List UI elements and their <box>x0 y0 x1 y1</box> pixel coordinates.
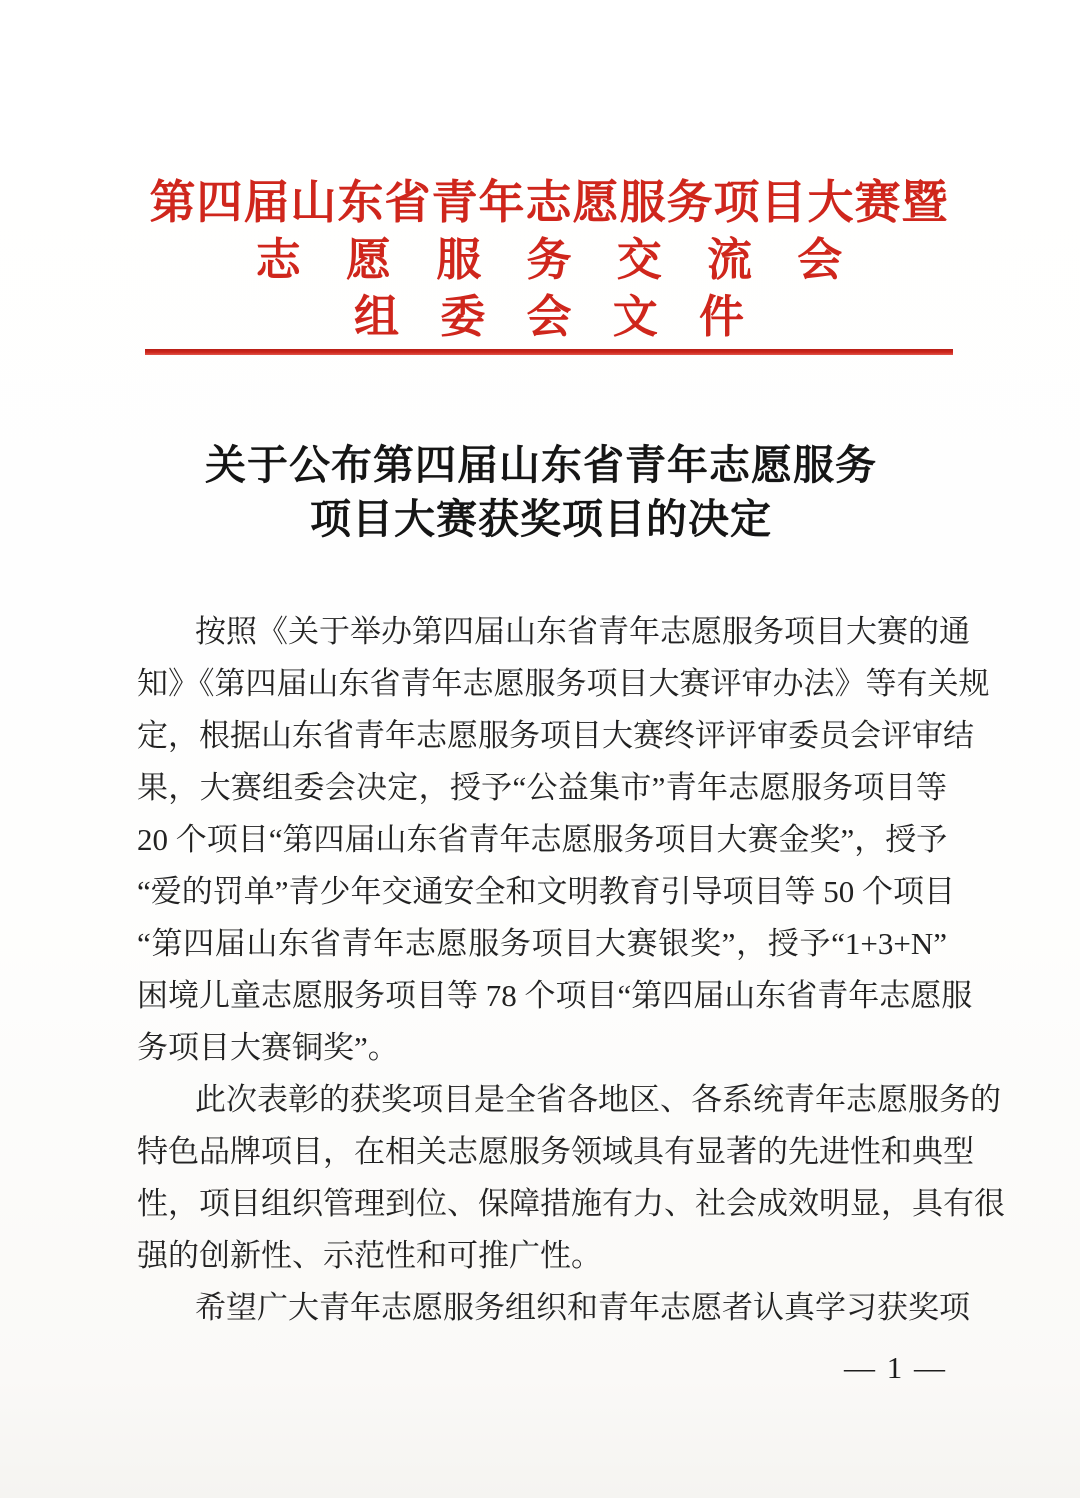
letterhead-line-3: 组 委 会 文 件 <box>145 289 953 346</box>
document-title: 关于公布第四届山东省青年志愿服务 项目大赛获奖项目的决定 <box>135 438 947 546</box>
letterhead: 第四届山东省青年志愿服务项目大赛暨 志 愿 服 务 交 流 会 组 委 会 文 … <box>145 174 953 346</box>
page-number: — 1 — <box>844 1350 947 1386</box>
text-line: 果，大赛组委会决定，授予“公益集市”青年志愿服务项目等 <box>137 762 947 814</box>
text-line: 务项目大赛铜奖”。 <box>137 1022 947 1074</box>
text-line: “爱的罚单”青少年交通安全和文明教育引导项目等 50 个项目 <box>137 866 947 918</box>
letterhead-line-1: 第四届山东省青年志愿服务项目大赛暨 <box>145 174 953 232</box>
paragraph: 按照《关于举办第四届山东省青年志愿服务项目大赛的通知》《第四届山东省青年志愿服务… <box>137 606 947 1074</box>
letterhead-line-2: 志 愿 服 务 交 流 会 <box>145 232 953 289</box>
document-body: 按照《关于举办第四届山东省青年志愿服务项目大赛的通知》《第四届山东省青年志愿服务… <box>137 606 947 1334</box>
letterhead-divider-rule <box>145 349 953 355</box>
text-line: 按照《关于举办第四届山东省青年志愿服务项目大赛的通 <box>137 606 947 658</box>
text-line: 20 个项目“第四届山东省青年志愿服务项目大赛金奖”，授予 <box>137 814 947 866</box>
text-line: 特色品牌项目，在相关志愿服务领域具有显著的先进性和典型 <box>137 1126 947 1178</box>
document-title-line-2: 项目大赛获奖项目的决定 <box>135 492 947 546</box>
document-page: 第四届山东省青年志愿服务项目大赛暨 志 愿 服 务 交 流 会 组 委 会 文 … <box>0 0 1080 1498</box>
text-line: 希望广大青年志愿服务组织和青年志愿者认真学习获奖项 <box>137 1282 947 1334</box>
paragraph: 希望广大青年志愿服务组织和青年志愿者认真学习获奖项 <box>137 1282 947 1334</box>
text-line: 性，项目组织管理到位、保障措施有力、社会成效明显，具有很 <box>137 1178 947 1230</box>
text-line: “第四届山东省青年志愿服务项目大赛银奖”，授予“1+3+N” <box>137 918 947 970</box>
text-line: 知》《第四届山东省青年志愿服务项目大赛评审办法》等有关规 <box>137 658 947 710</box>
document-title-line-1: 关于公布第四届山东省青年志愿服务 <box>135 438 947 492</box>
text-line: 困境儿童志愿服务项目等 78 个项目“第四届山东省青年志愿服 <box>137 970 947 1022</box>
text-line: 强的创新性、示范性和可推广性。 <box>137 1230 947 1282</box>
text-line: 此次表彰的获奖项目是全省各地区、各系统青年志愿服务的 <box>137 1074 947 1126</box>
paragraph: 此次表彰的获奖项目是全省各地区、各系统青年志愿服务的特色品牌项目，在相关志愿服务… <box>137 1074 947 1282</box>
text-line: 定，根据山东省青年志愿服务项目大赛终评评审委员会评审结 <box>137 710 947 762</box>
